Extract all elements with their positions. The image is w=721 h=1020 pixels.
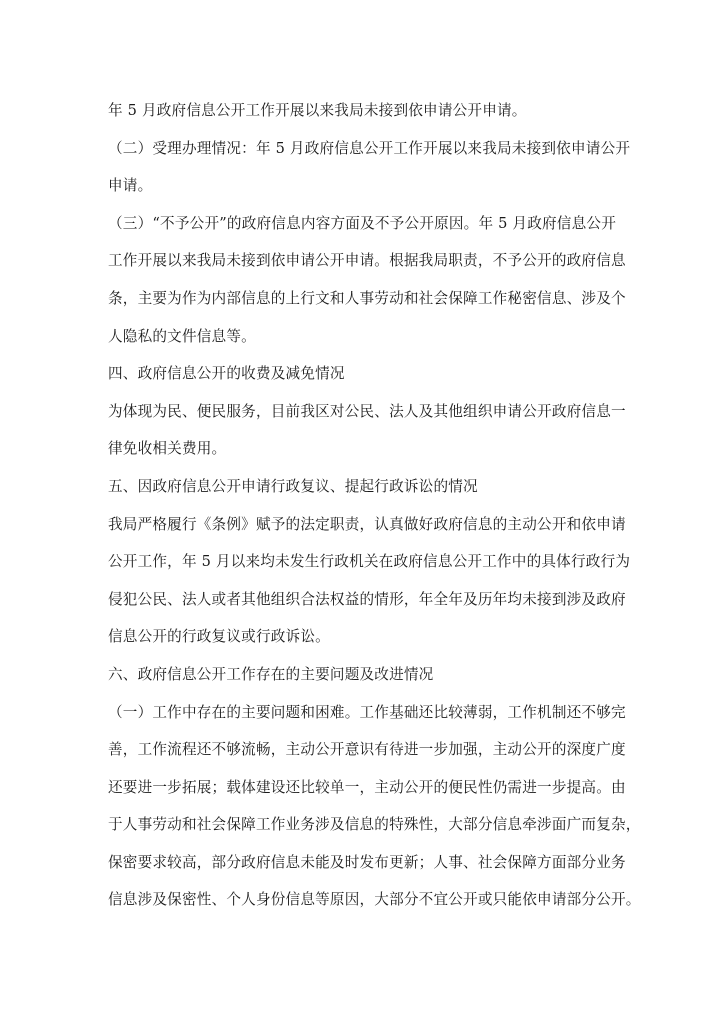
paragraph-line: 保密要求较高，部分政府信息未能及时发布更新；人事、社会保障方面部分业务 bbox=[108, 844, 616, 882]
paragraph-line: 信息涉及保密性、个人身份信息等原因，大部分不宜公开或只能依申请部分公开。 bbox=[108, 881, 616, 919]
paragraph-line: 人隐私的文件信息等。 bbox=[108, 318, 616, 356]
paragraph-line: 条，主要为作为内部信息的上行文和人事劳动和社会保障工作秘密信息、涉及个 bbox=[108, 280, 616, 318]
paragraph-line: 年 5 月政府信息公开工作开展以来我局未接到依申请公开申请。 bbox=[108, 92, 616, 130]
paragraph-line: 信息公开的行政复议或行政诉讼。 bbox=[108, 618, 616, 656]
paragraph-line: 为体现为民、便民服务，目前我区对公民、法人及其他组织申请公开政府信息一 bbox=[108, 393, 616, 431]
paragraph-line: 还要进一步拓展；载体建设还比较单一，主动公开的便民性仍需进一步提高。由 bbox=[108, 769, 616, 807]
paragraph-line: （三）“不予公开”的政府信息内容方面及不予公开原因。年 5 月政府信息公开 bbox=[108, 205, 616, 243]
paragraph-line: 我局严格履行《条例》赋予的法定职责，认真做好政府信息的主动公开和依申请 bbox=[108, 506, 616, 544]
section-heading: 四、政府信息公开的收费及减免情况 bbox=[108, 355, 616, 393]
paragraph-line: 申请。 bbox=[108, 167, 616, 205]
section-heading: 六、政府信息公开工作存在的主要问题及改进情况 bbox=[108, 656, 616, 694]
document-body: 年 5 月政府信息公开工作开展以来我局未接到依申请公开申请。 （二）受理办理情况… bbox=[108, 92, 616, 919]
paragraph-line: （二）受理办理情况：年 5 月政府信息公开工作开展以来我局未接到依申请公开 bbox=[108, 130, 616, 168]
paragraph-line: 工作开展以来我局未接到依申请公开申请。根据我局职责，不予公开的政府信息 bbox=[108, 242, 616, 280]
section-heading: 五、因政府信息公开申请行政复议、提起行政诉讼的情况 bbox=[108, 468, 616, 506]
paragraph-line: 律免收相关费用。 bbox=[108, 430, 616, 468]
paragraph-line: 善，工作流程还不够流畅，主动公开意识有待进一步加强，主动公开的深度广度 bbox=[108, 731, 616, 769]
paragraph-line: 公开工作，年 5 月以来均未发生行政机关在政府信息公开工作中的具体行政行为 bbox=[108, 543, 616, 581]
paragraph-line: 于人事劳动和社会保障工作业务涉及信息的特殊性，大部分信息牵涉面广而复杂， bbox=[108, 806, 616, 844]
paragraph-line: 侵犯公民、法人或者其他组织合法权益的情形，年全年及历年均未接到涉及政府 bbox=[108, 581, 616, 619]
paragraph-line: （一）工作中存在的主要问题和困难。工作基础还比较薄弱，工作机制还不够完 bbox=[108, 694, 616, 732]
